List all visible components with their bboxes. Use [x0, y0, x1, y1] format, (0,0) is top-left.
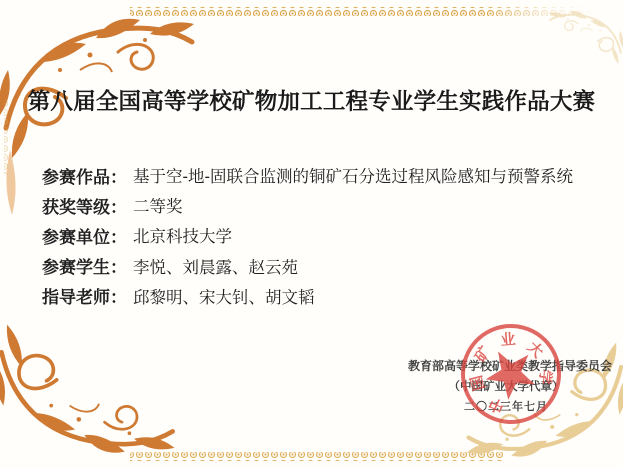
seal-char: 业 [500, 328, 517, 350]
field-row-students: 参赛学生： 李悦、刘晨露、赵云苑 [42, 251, 573, 281]
field-value: 李悦、刘晨露、赵云苑 [133, 254, 298, 278]
seal-char: 国 [465, 373, 489, 393]
field-row-advisors: 指导老师： 邱黎明、宋大钊、胡文韬 [42, 281, 573, 311]
field-value: 二等奖 [133, 193, 183, 217]
field-label: 获奖等级： [42, 193, 127, 218]
field-label: 参赛作品： [42, 163, 127, 188]
field-value: 北京科技大学 [133, 223, 232, 247]
certificate: 第八届全国高等学校矿物加工工程专业学生实践作品大赛 参赛作品： 基于空-地-固联… [0, 0, 623, 469]
field-value: 邱黎明、宋大钊、胡文韬 [133, 284, 315, 308]
field-label: 指导老师： [42, 283, 127, 308]
field-row-award: 获奖等级： 二等奖 [42, 190, 573, 220]
seal-char: 中 [485, 393, 507, 418]
field-label: 参赛学生： [42, 253, 127, 278]
field-value: 基于空-地-固联合监测的铜矿石分选过程风险感知与预警系统 [133, 163, 573, 187]
field-row-work: 参赛作品： 基于空-地-固联合监测的铜矿石分选过程风险感知与预警系统 [42, 160, 573, 190]
seal-char: 学 [535, 369, 557, 386]
field-label: 参赛单位： [42, 223, 127, 248]
field-list: 参赛作品： 基于空-地-固联合监测的铜矿石分选过程风险感知与预警系统 获奖等级：… [42, 160, 573, 311]
field-row-institution: 参赛单位： 北京科技大学 [42, 220, 573, 250]
certificate-title: 第八届全国高等学校矿物加工工程专业学生实践作品大赛 [0, 84, 623, 116]
